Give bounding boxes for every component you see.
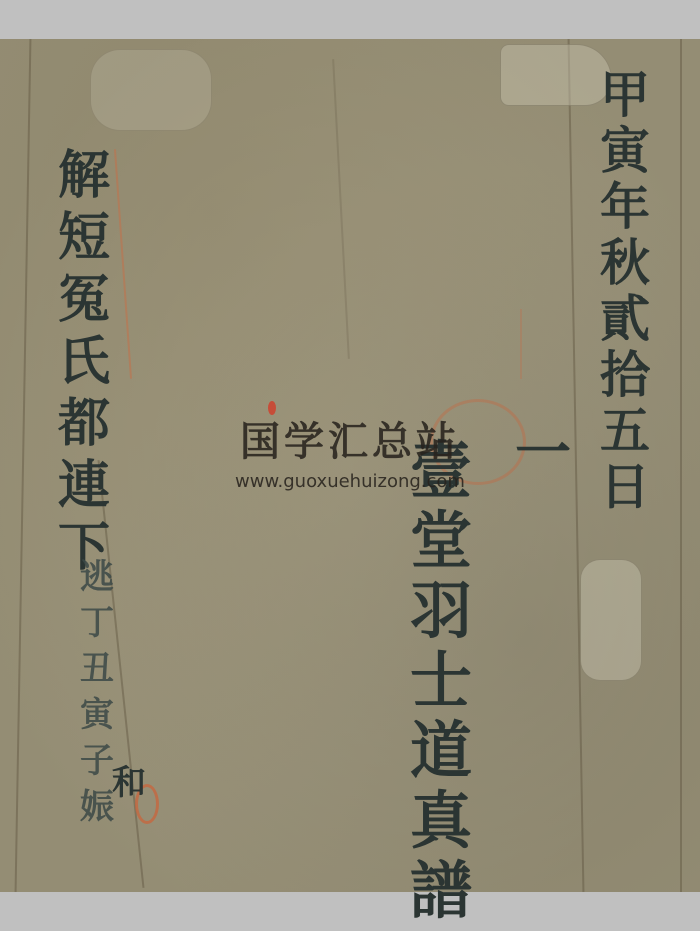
char: 丑 <box>80 652 114 686</box>
red-dot-mark <box>268 401 276 415</box>
center-column-top-stroke: 一 <box>515 425 571 481</box>
char: 寅 <box>80 698 114 732</box>
fold-crease <box>680 39 682 892</box>
char: 秋 <box>600 238 650 288</box>
char: 氏 <box>58 336 110 388</box>
paper-tear <box>90 49 212 131</box>
char: 士 <box>410 650 472 712</box>
char: 拾 <box>600 350 650 400</box>
char: 貳 <box>600 294 650 344</box>
fold-crease <box>332 59 350 359</box>
char: 冤 <box>58 274 110 326</box>
char: 譜 <box>410 860 472 922</box>
char: 短 <box>58 212 110 264</box>
char: 甲 <box>600 70 650 120</box>
char: 年 <box>600 182 650 232</box>
char: 五 <box>600 406 650 456</box>
char: 堂 <box>410 510 472 572</box>
left-lower-column-text: 逃 丁 丑 寅 子 娠 <box>80 560 114 824</box>
char: 解 <box>58 150 110 202</box>
watermark-title: 国学汇总站 <box>200 418 500 466</box>
char: 連 <box>58 460 110 512</box>
char: 子 <box>80 744 114 778</box>
char: 羽 <box>410 580 472 642</box>
char: 一 <box>515 425 571 481</box>
red-line-mark <box>114 149 132 379</box>
right-column-text: 甲 寅 年 秋 貳 拾 五 日 <box>600 70 650 512</box>
char: 真 <box>410 790 472 852</box>
char: 道 <box>410 720 472 782</box>
char: 娠 <box>80 790 114 824</box>
center-column-text: 壹 堂 羽 士 道 真 譜 <box>410 440 472 922</box>
paper-tear <box>580 559 642 681</box>
char: 寅 <box>600 126 650 176</box>
fold-crease <box>15 39 32 892</box>
char: 丁 <box>80 606 114 640</box>
char: 都 <box>58 398 110 450</box>
paper-tear <box>500 44 612 106</box>
watermark-url: www.guoxuehuizong.com <box>200 470 500 494</box>
char: 日 <box>600 462 650 512</box>
char: 逃 <box>80 560 114 594</box>
watermark: 国学汇总站 www.guoxuehuizong.com <box>200 418 500 494</box>
red-line-mark <box>520 309 522 379</box>
side-note-char: 和 <box>112 755 146 804</box>
left-column-text: 解 短 冤 氏 都 連 下 <box>58 150 110 574</box>
